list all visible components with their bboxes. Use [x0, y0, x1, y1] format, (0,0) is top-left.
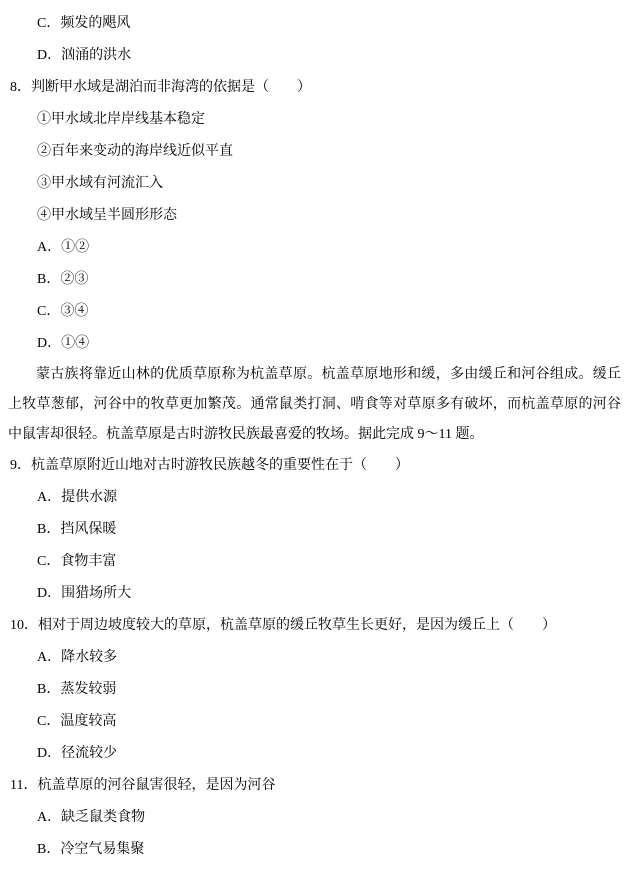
q8-option-c: C．③④	[0, 296, 629, 328]
question-9-stem: 9．杭盖草原附近山地对古时游牧民族越冬的重要性在于（ ）	[0, 450, 629, 482]
question-11-stem: 11．杭盖草原的河谷鼠害很轻，是因为河谷	[0, 770, 629, 802]
exam-document: C．频发的飓风 D．汹涌的洪水 8．判断甲水域是湖泊而非海湾的依据是（ ） ①甲…	[0, 0, 629, 866]
q9-option-a: A．提供水源	[0, 482, 629, 514]
q10-option-a: A．降水较多	[0, 642, 629, 674]
q11-option-b: B．冷空气易集聚	[0, 834, 629, 866]
carryover-option-c: C．频发的飓风	[0, 8, 629, 40]
q10-option-c: C．温度较高	[0, 706, 629, 738]
q10-option-d: D．径流较少	[0, 738, 629, 770]
q9-option-c: C．食物丰富	[0, 546, 629, 578]
q8-option-b: B．②③	[0, 264, 629, 296]
q8-statement-1: ①甲水域北岸岸线基本稳定	[0, 104, 629, 136]
q8-option-d: D．①④	[0, 328, 629, 360]
question-8-stem: 8．判断甲水域是湖泊而非海湾的依据是（ ）	[0, 72, 629, 104]
question-10-stem: 10．相对于周边坡度较大的草原，杭盖草原的缓丘牧草生长更好，是因为缓丘上（ ）	[0, 610, 629, 642]
q8-option-a: A．①②	[0, 232, 629, 264]
q11-option-a: A．缺乏鼠类食物	[0, 802, 629, 834]
q9-option-d: D．围猎场所大	[0, 578, 629, 610]
q8-statement-2: ②百年来变动的海岸线近似平直	[0, 136, 629, 168]
q8-statement-4: ④甲水域呈半圆形形态	[0, 200, 629, 232]
q10-option-b: B．蒸发较弱	[0, 674, 629, 706]
q8-statement-3: ③甲水域有河流汇入	[0, 168, 629, 200]
carryover-option-d: D．汹涌的洪水	[0, 40, 629, 72]
passage-paragraph: 蒙古族将靠近山林的优质草原称为杭盖草原。杭盖草原地形和缓，多由缓丘和河谷组成。缓…	[8, 360, 621, 450]
q9-option-b: B．挡风保暖	[0, 514, 629, 546]
